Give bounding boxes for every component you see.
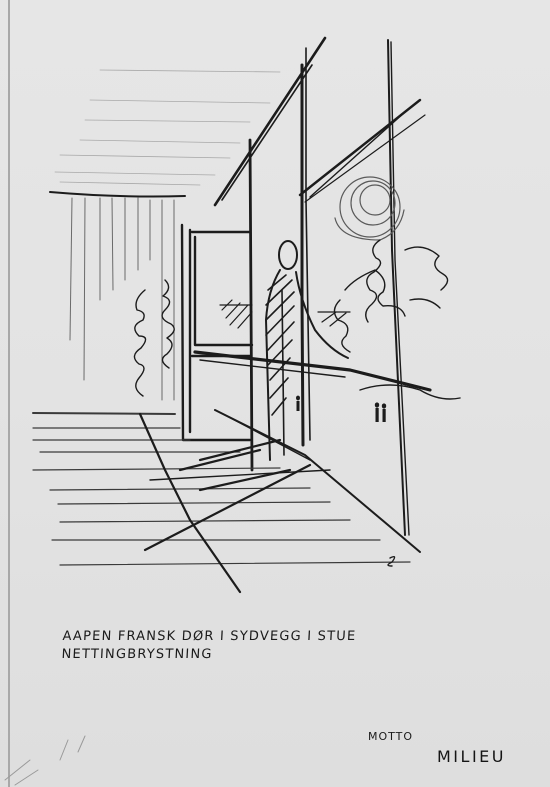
paper-damage: [5, 736, 85, 785]
wall-hatching: [55, 70, 280, 185]
perspective-sketch: [0, 0, 550, 787]
motto-value: MILIEU: [437, 747, 506, 766]
motto-label: MOTTO: [368, 730, 413, 743]
left-plant: [134, 280, 174, 396]
horizon-hatch: [220, 300, 350, 328]
caption-line-2: NETTINGBRYSTNING: [61, 646, 356, 664]
sketch-caption: AAPEN FRANSK DØR I SYDVEGG I STUE NETTIN…: [61, 628, 357, 664]
sketch-sheet: AAPEN FRANSK DØR I SYDVEGG I STUE NETTIN…: [0, 0, 550, 787]
post-middle: [302, 65, 303, 445]
left-wall-hatch: [70, 198, 174, 400]
floor-diagonal-2: [225, 415, 310, 460]
ceiling-line: [50, 192, 185, 197]
top-beam-2: [222, 65, 312, 200]
floor-diagonal: [215, 410, 420, 552]
railing: [195, 352, 430, 390]
post-middle-2: [306, 48, 310, 440]
scribble: [388, 557, 395, 566]
caption-line-1: AAPEN FRANSK DØR I SYDVEGG I STUE: [62, 628, 357, 646]
floor-planks: [33, 413, 410, 565]
french-door: [182, 225, 252, 440]
